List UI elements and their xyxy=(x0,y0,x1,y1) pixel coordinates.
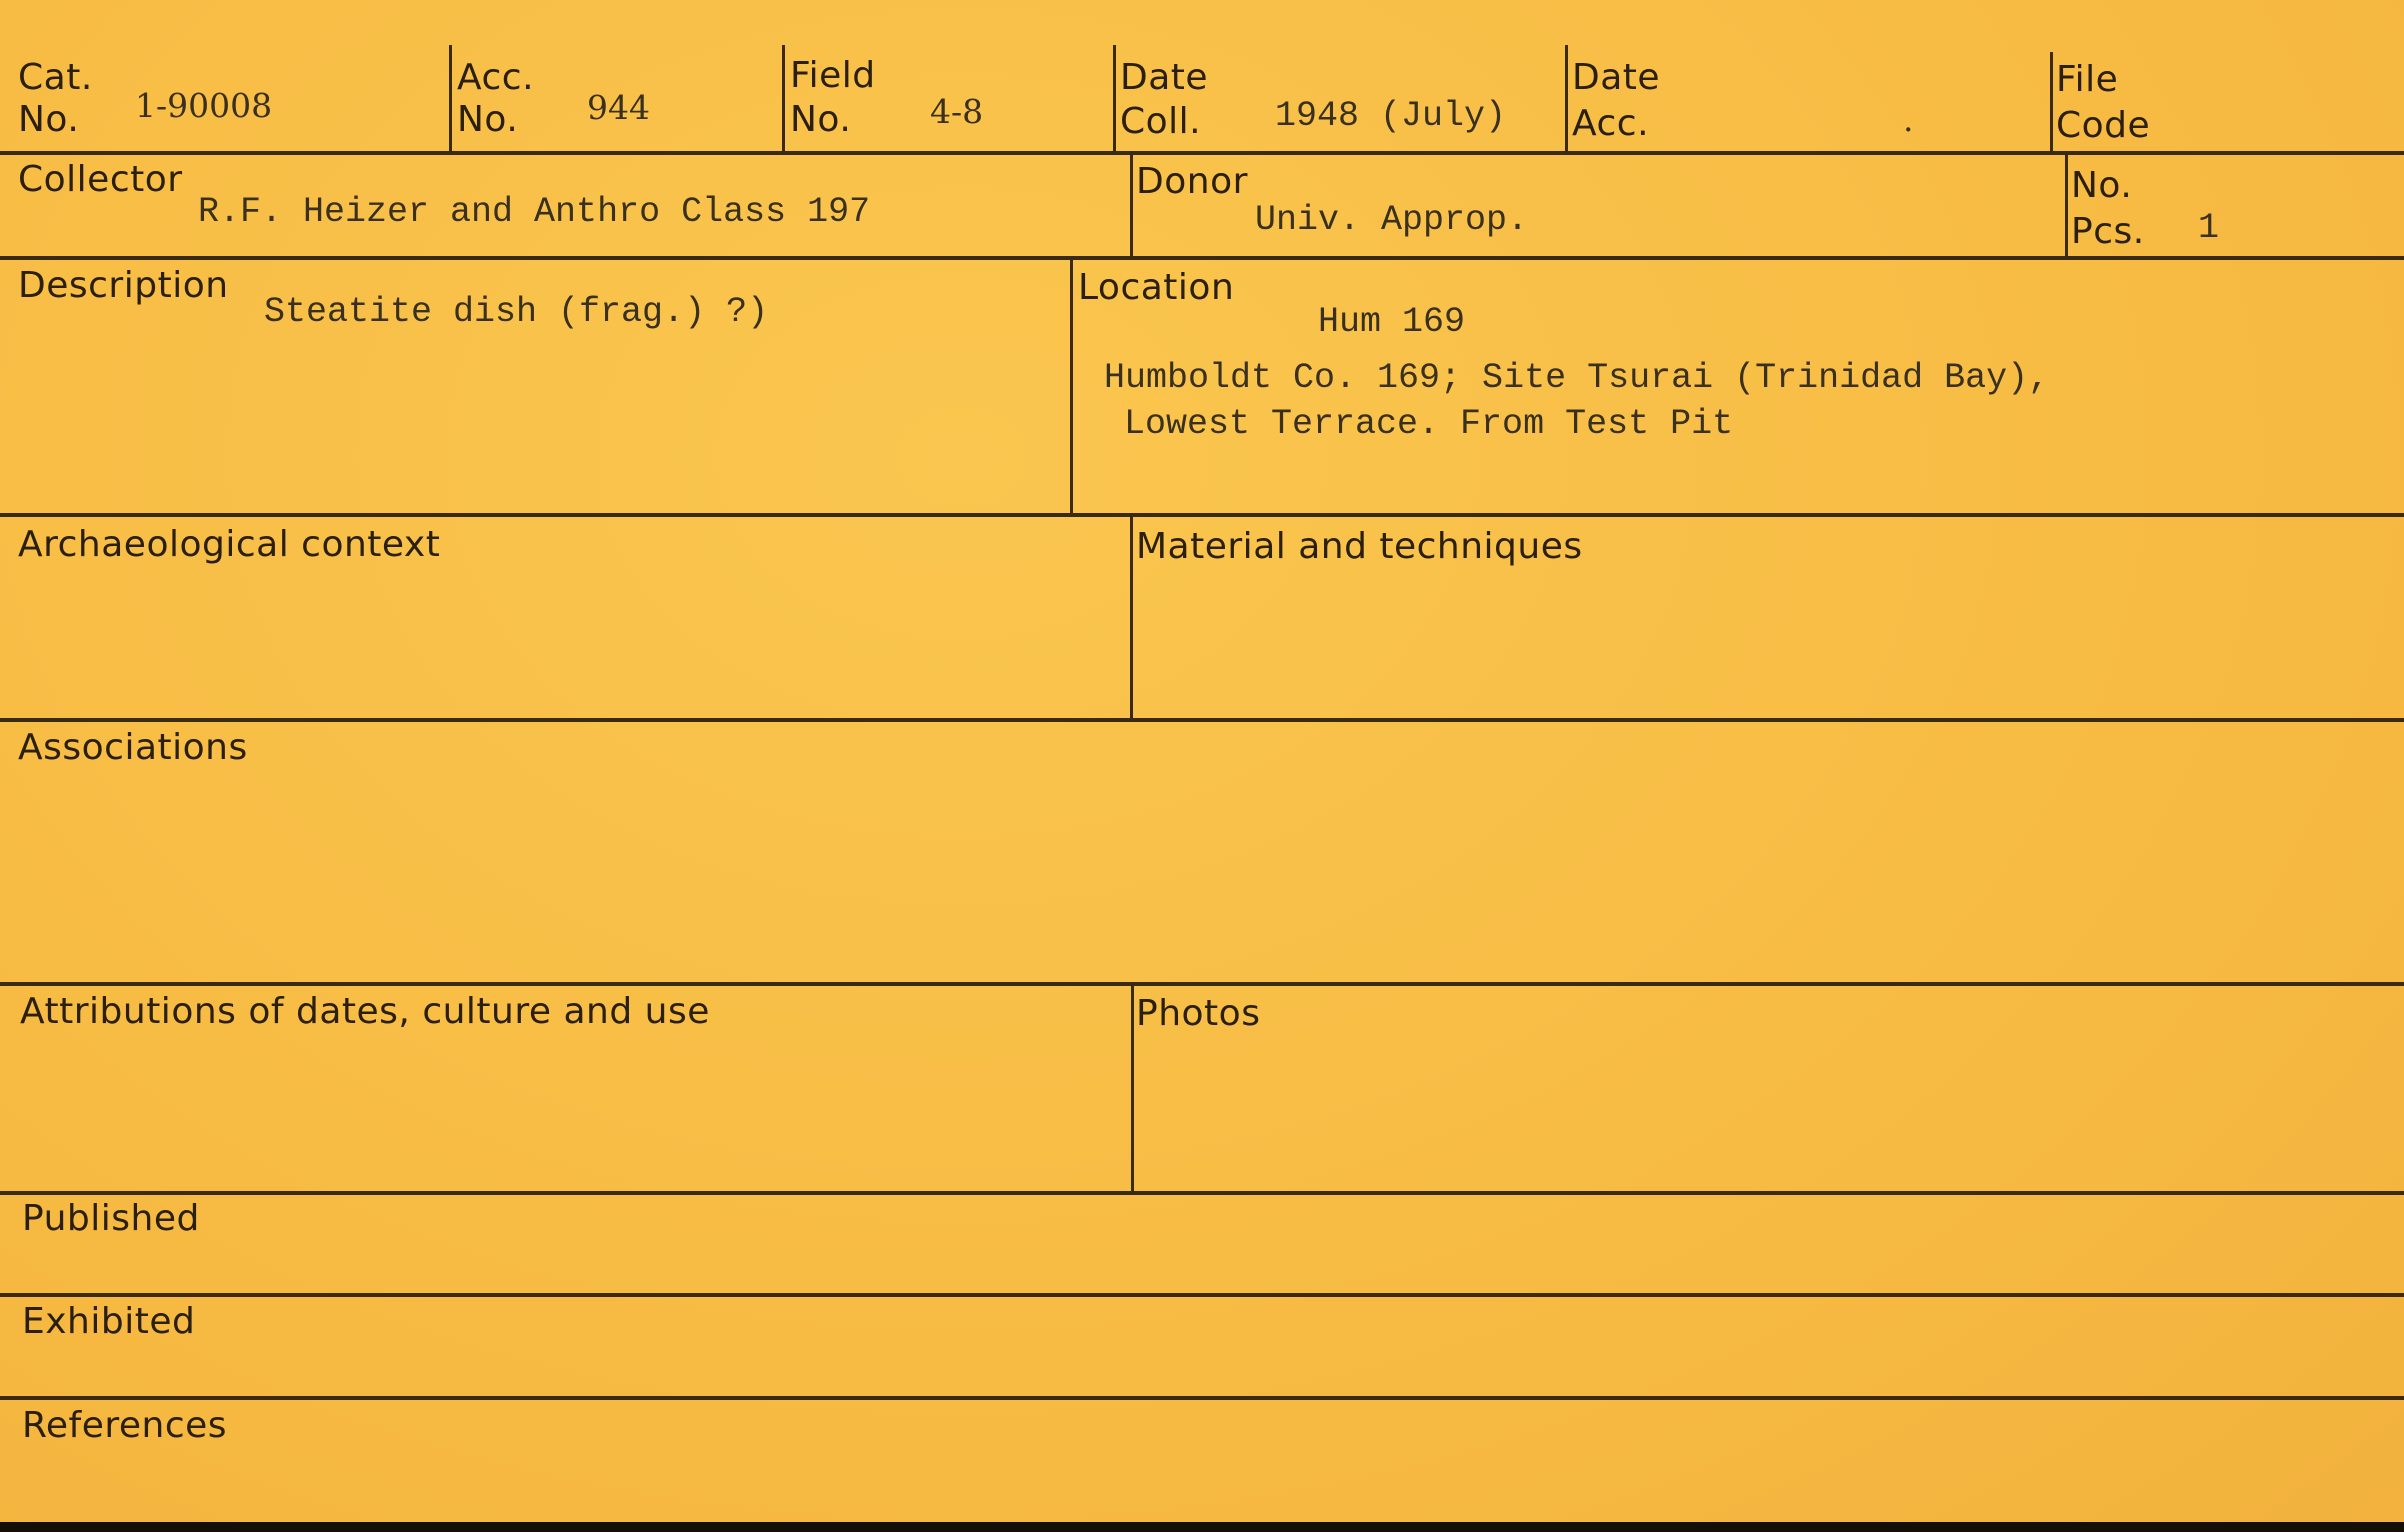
donor-label: Donor xyxy=(1136,160,1248,204)
date-acc-label: Acc. xyxy=(1572,102,1649,146)
divider xyxy=(0,982,2404,986)
description-label: Description xyxy=(18,264,229,308)
no-pcs-label: Pcs. xyxy=(2071,210,2145,254)
divider xyxy=(1070,258,1073,515)
divider xyxy=(1130,153,1133,258)
cat-no-label: Cat. xyxy=(18,56,93,100)
exhibited-label: Exhibited xyxy=(22,1300,195,1344)
file-code-label: File xyxy=(2056,58,2118,102)
divider xyxy=(0,256,2404,260)
catalog-card: Cat. No. 1-90008 Acc. No. 944 Field No. … xyxy=(0,0,2404,1522)
divider xyxy=(1565,45,1568,153)
divider xyxy=(0,151,2404,155)
location-line-3: Lowest Terrace. From Test Pit xyxy=(1124,404,1733,444)
attributions-label: Attributions of dates, culture and use xyxy=(20,990,710,1034)
field-no-label: Field xyxy=(790,54,876,98)
divider xyxy=(1113,45,1116,153)
associations-label: Associations xyxy=(18,726,248,770)
divider xyxy=(782,45,785,153)
divider xyxy=(1130,515,1133,720)
references-label: References xyxy=(22,1404,227,1448)
field-no-value: 4-8 xyxy=(930,92,983,132)
location-line-2: Humboldt Co. 169; Site Tsurai (Trinidad … xyxy=(1104,358,2049,398)
date-coll-label: Coll. xyxy=(1120,100,1201,144)
acc-no-value: 944 xyxy=(587,88,650,128)
field-no-label: No. xyxy=(790,98,851,142)
collector-label: Collector xyxy=(18,158,183,202)
published-label: Published xyxy=(22,1197,200,1241)
cat-no-label: No. xyxy=(18,98,79,142)
no-pcs-value: 1 xyxy=(2198,208,2219,248)
location-line-1: Hum 169 xyxy=(1318,302,1465,342)
divider xyxy=(0,718,2404,722)
cat-no-value: 1-90008 xyxy=(135,86,272,126)
acc-no-label: No. xyxy=(457,98,518,142)
location-label: Location xyxy=(1078,266,1234,310)
divider xyxy=(2065,153,2068,258)
acc-no-label: Acc. xyxy=(457,56,534,100)
divider xyxy=(0,513,2404,517)
date-acc-label: Date xyxy=(1572,56,1660,100)
archaeological-context-label: Archaeological context xyxy=(18,523,440,567)
date-coll-label: Date xyxy=(1120,56,1208,100)
date-acc-value: . xyxy=(1903,100,1914,140)
collector-value: R.F. Heizer and Anthro Class 197 xyxy=(198,192,870,232)
donor-value: Univ. Approp. xyxy=(1255,200,1528,240)
divider xyxy=(1131,984,1134,1193)
photos-label: Photos xyxy=(1136,992,1260,1036)
file-code-label: Code xyxy=(2056,104,2150,148)
description-value: Steatite dish (frag.) ?) xyxy=(264,292,768,332)
divider xyxy=(449,45,452,153)
divider xyxy=(0,1191,2404,1195)
material-techniques-label: Material and techniques xyxy=(1136,525,1583,569)
divider xyxy=(0,1396,2404,1400)
date-coll-value: 1948 (July) xyxy=(1275,96,1506,136)
divider xyxy=(0,1293,2404,1297)
divider xyxy=(2050,52,2053,153)
no-pcs-label: No. xyxy=(2071,164,2132,208)
